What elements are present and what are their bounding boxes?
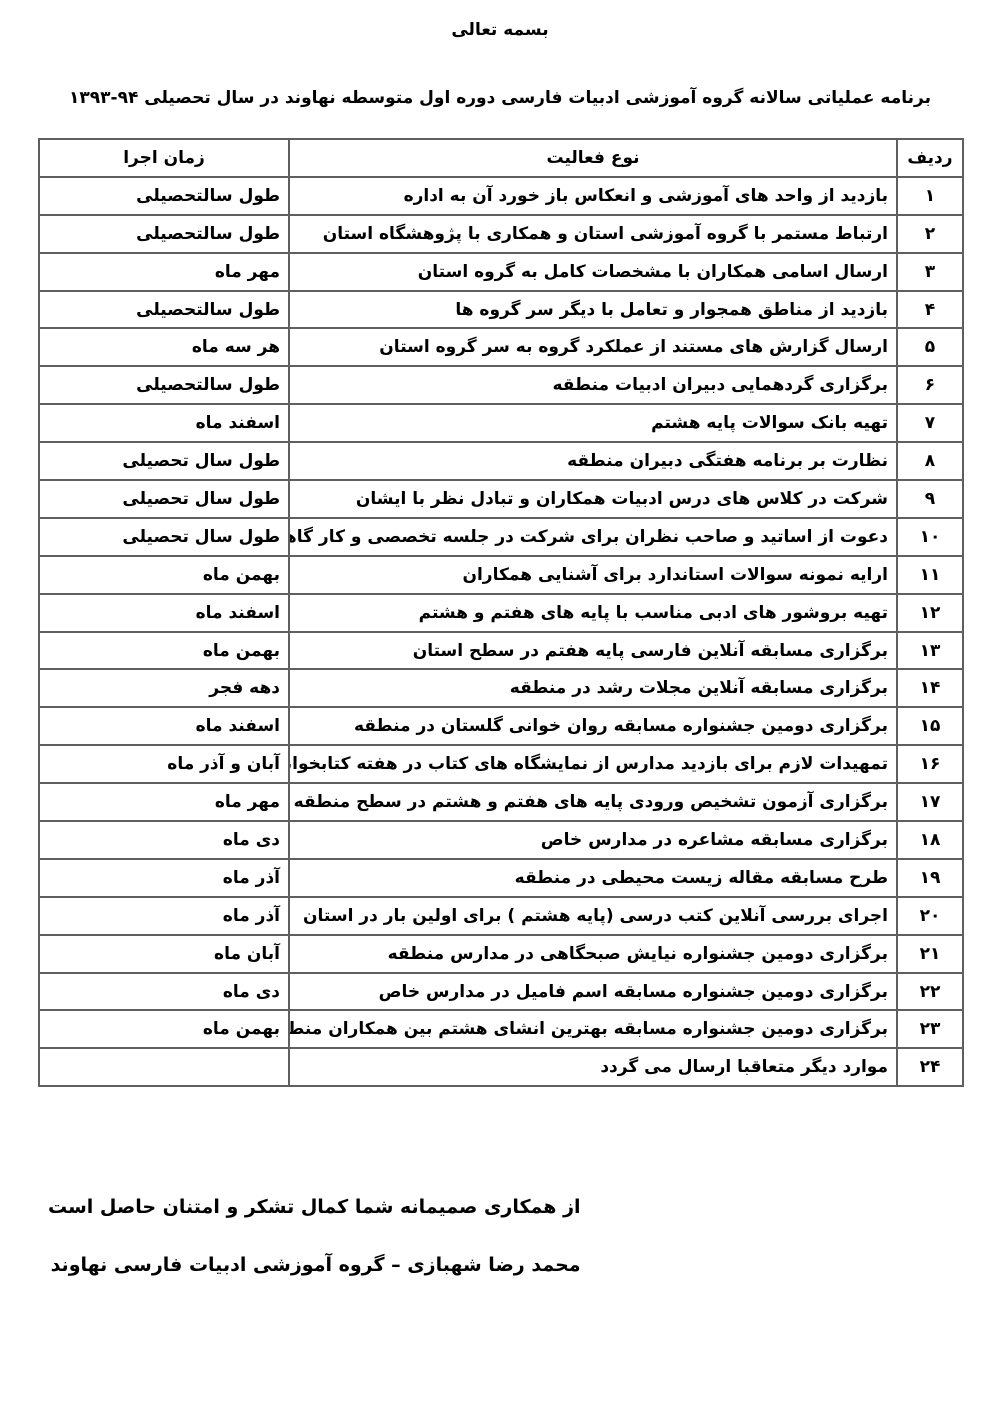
table-row: ۱۱ارایه نمونه سوالات استاندارد برای آشنا… (39, 556, 963, 594)
table-row: ۱۲تهیه بروشور های ادبی مناسب با پایه های… (39, 594, 963, 632)
time-cell: آذر ماه (39, 897, 289, 935)
table-row: ۱۶تمهیدات لازم برای بازدید مدارس از نمای… (39, 745, 963, 783)
row-number-cell: ۲۳ (897, 1010, 963, 1048)
table-header-row: ردیف نوع فعالیت زمان اجرا (39, 139, 963, 177)
table-row: ۱بازدید از واحد های آموزشی و انعکاس باز … (39, 177, 963, 215)
table-row: ۶برگزاری گردهمایی دبیران ادبیات منطقهطول… (39, 366, 963, 404)
time-cell: طول سال تحصیلی (39, 442, 289, 480)
table-row: ۵ارسال گزارش های مستند از عملکرد گروه به… (39, 328, 963, 366)
activity-cell: ارتباط مستمر با گروه آموزشی استان و همکا… (289, 215, 897, 253)
row-number-cell: ۱۲ (897, 594, 963, 632)
time-cell: اسفند ماه (39, 404, 289, 442)
activity-cell: ارسال گزارش های مستند از عملکرد گروه به … (289, 328, 897, 366)
activity-table: ردیف نوع فعالیت زمان اجرا ۱بازدید از واح… (38, 138, 964, 1087)
row-number-cell: ۱۹ (897, 859, 963, 897)
row-number-cell: ۱۳ (897, 632, 963, 670)
table-row: ۴بازدید از مناطق همجوار و تعامل با دیگر … (39, 291, 963, 329)
activity-cell: برگزاری دومین جشنواره مسابقه روان خوانی … (289, 707, 897, 745)
activity-cell: ارسال اسامی همکاران با مشخصات کامل به گر… (289, 253, 897, 291)
row-number-cell: ۲۱ (897, 935, 963, 973)
row-number-cell: ۱۴ (897, 669, 963, 707)
row-number-cell: ۱۶ (897, 745, 963, 783)
row-number-cell: ۵ (897, 328, 963, 366)
document-footer: از همکاری صمیمانه شما کمال تشکر و امتنان… (48, 1196, 581, 1312)
row-number-cell: ۷ (897, 404, 963, 442)
column-header-activity: نوع فعالیت (289, 139, 897, 177)
time-cell: هر سه ماه (39, 328, 289, 366)
row-number-cell: ۱۱ (897, 556, 963, 594)
activity-cell: موارد دیگر متعاقبا ارسال می گردد (289, 1048, 897, 1086)
activity-cell: طرح مسابقه مقاله زیست محیطی در منطقه (289, 859, 897, 897)
table-row: ۲۰اجرای بررسی آنلاین کتب درسی (پایه هشتم… (39, 897, 963, 935)
row-number-cell: ۲۰ (897, 897, 963, 935)
time-cell: اسفند ماه (39, 594, 289, 632)
time-cell (39, 1048, 289, 1086)
time-cell: طول سال تحصیلی (39, 518, 289, 556)
time-cell: طول سالتحصیلی (39, 215, 289, 253)
bismillah-text: بسمه تعالی (0, 20, 1000, 40)
row-number-cell: ۸ (897, 442, 963, 480)
time-cell: مهر ماه (39, 253, 289, 291)
row-number-cell: ۴ (897, 291, 963, 329)
table-row: ۳ارسال اسامی همکاران با مشخصات کامل به گ… (39, 253, 963, 291)
time-cell: بهمن ماه (39, 556, 289, 594)
table-row: ۱۸برگزاری مسابقه مشاعره در مدارس خاصدی م… (39, 821, 963, 859)
document-page: { "page": { "bismillah": "بسمه تعالی", "… (0, 0, 1000, 1415)
activity-cell: بازدید از مناطق همجوار و تعامل با دیگر س… (289, 291, 897, 329)
activity-cell: برگزاری دومین جشنواره مسابقه اسم فامیل د… (289, 973, 897, 1011)
time-cell: آذر ماه (39, 859, 289, 897)
activity-cell: نظارت بر برنامه هفتگی دبیران منطقه (289, 442, 897, 480)
time-cell: بهمن ماه (39, 1010, 289, 1048)
activity-cell: برگزاری آزمون تشخیص ورودی پایه های هفتم … (289, 783, 897, 821)
activity-cell: برگزاری دومین جشنواره نیایش صبحگاهی در م… (289, 935, 897, 973)
activity-cell: تهیه بانک سوالات پایه هشتم (289, 404, 897, 442)
activity-cell: تهیه بروشور های ادبی مناسب با پایه های ه… (289, 594, 897, 632)
signature-line: محمد رضا شهبازی – گروه آموزشی ادبیات فار… (51, 1254, 581, 1276)
time-cell: مهر ماه (39, 783, 289, 821)
row-number-cell: ۹ (897, 480, 963, 518)
time-cell: دی ماه (39, 973, 289, 1011)
activity-cell: ارایه نمونه سوالات استاندارد برای آشنایی… (289, 556, 897, 594)
time-cell: طول سال تحصیلی (39, 480, 289, 518)
row-number-cell: ۱۸ (897, 821, 963, 859)
time-cell: طول سالتحصیلی (39, 366, 289, 404)
row-number-cell: ۳ (897, 253, 963, 291)
row-number-cell: ۲۲ (897, 973, 963, 1011)
activity-table-body: ۱بازدید از واحد های آموزشی و انعکاس باز … (39, 177, 963, 1086)
activity-cell: برگزاری دومین جشنواره مسابقه بهترین انشا… (289, 1010, 897, 1048)
time-cell: طول سالتحصیلی (39, 177, 289, 215)
time-cell: دی ماه (39, 821, 289, 859)
table-row: ۷تهیه بانک سوالات پایه هشتماسفند ماه (39, 404, 963, 442)
time-cell: آبان و آذر ماه (39, 745, 289, 783)
time-cell: طول سالتحصیلی (39, 291, 289, 329)
table-row: ۲۴موارد دیگر متعاقبا ارسال می گردد (39, 1048, 963, 1086)
row-number-cell: ۲۴ (897, 1048, 963, 1086)
table-row: ۲۲برگزاری دومین جشنواره مسابقه اسم فامیل… (39, 973, 963, 1011)
time-cell: بهمن ماه (39, 632, 289, 670)
activity-cell: شرکت در کلاس های درس ادبیات همکاران و تب… (289, 480, 897, 518)
row-number-cell: ۱۵ (897, 707, 963, 745)
table-row: ۹شرکت در کلاس های درس ادبیات همکاران و ت… (39, 480, 963, 518)
thanks-note: از همکاری صمیمانه شما کمال تشکر و امتنان… (48, 1196, 581, 1218)
activity-cell: بازدید از واحد های آموزشی و انعکاس باز خ… (289, 177, 897, 215)
document-title: برنامه عملیاتی سالانه گروه آموزشی ادبیات… (0, 88, 1000, 108)
table-row: ۲۱برگزاری دومین جشنواره نیایش صبحگاهی در… (39, 935, 963, 973)
table-row: ۲ارتباط مستمر با گروه آموزشی استان و همک… (39, 215, 963, 253)
row-number-cell: ۶ (897, 366, 963, 404)
table-row: ۱۳برگزاری مسابقه آنلاین فارسی پایه هفتم … (39, 632, 963, 670)
activity-cell: برگزاری مسابقه آنلاین فارسی پایه هفتم در… (289, 632, 897, 670)
table-row: ۱۴برگزاری مسابقه آنلاین مجلات رشد در منط… (39, 669, 963, 707)
activity-cell: دعوت از اساتید و صاحب نظران برای شرکت در… (289, 518, 897, 556)
activity-cell: اجرای بررسی آنلاین کتب درسی (پایه هشتم )… (289, 897, 897, 935)
table-row: ۱۵برگزاری دومین جشنواره مسابقه روان خوان… (39, 707, 963, 745)
table-row: ۱۷برگزاری آزمون تشخیص ورودی پایه های هفت… (39, 783, 963, 821)
time-cell: اسفند ماه (39, 707, 289, 745)
activity-cell: برگزاری مسابقه آنلاین مجلات رشد در منطقه (289, 669, 897, 707)
activity-cell: برگزاری مسابقه مشاعره در مدارس خاص (289, 821, 897, 859)
time-cell: آبان ماه (39, 935, 289, 973)
time-cell: دهه فجر (39, 669, 289, 707)
table-row: ۱۰دعوت از اساتید و صاحب نظران برای شرکت … (39, 518, 963, 556)
table-row: ۲۳برگزاری دومین جشنواره مسابقه بهترین ان… (39, 1010, 963, 1048)
row-number-cell: ۱ (897, 177, 963, 215)
column-header-time: زمان اجرا (39, 139, 289, 177)
row-number-cell: ۱۷ (897, 783, 963, 821)
row-number-cell: ۱۰ (897, 518, 963, 556)
activity-cell: تمهیدات لازم برای بازدید مدارس از نمایشگ… (289, 745, 897, 783)
table-row: ۱۹طرح مسابقه مقاله زیست محیطی در منطقهآذ… (39, 859, 963, 897)
column-header-row-number: ردیف (897, 139, 963, 177)
activity-cell: برگزاری گردهمایی دبیران ادبیات منطقه (289, 366, 897, 404)
row-number-cell: ۲ (897, 215, 963, 253)
table-row: ۸نظارت بر برنامه هفتگی دبیران منطقهطول س… (39, 442, 963, 480)
